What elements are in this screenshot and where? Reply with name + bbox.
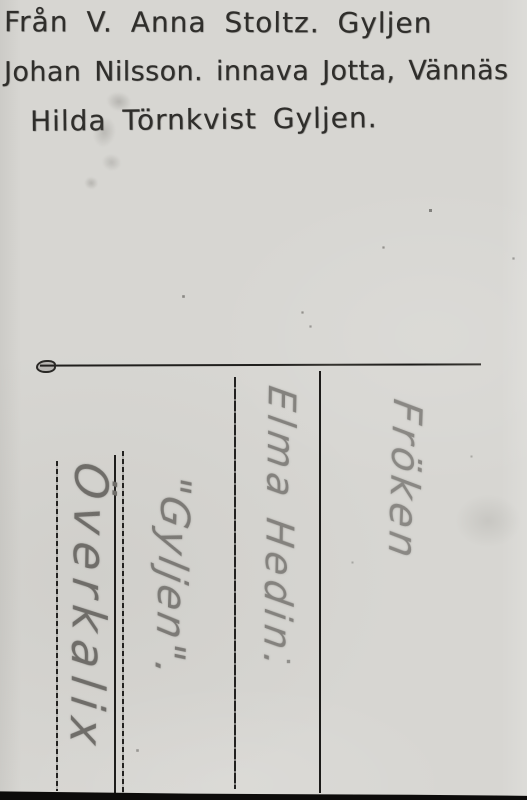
photo-back-scan: Från V. Anna Stoltz. Gyljen Johan Nilsso…	[0, 0, 527, 800]
vertical-rule-double-dashed	[122, 451, 124, 796]
scan-edge-shadow	[0, 789, 527, 800]
vertical-rule-dashed-left	[56, 461, 58, 791]
address-line-name: Elma Hedin.	[255, 383, 304, 675]
horizontal-rule-start-mark	[36, 360, 56, 373]
inscription-line-1: Från V. Anna Stoltz. Gyljen	[4, 5, 432, 39]
fingerprint-smudge	[56, 71, 158, 207]
vertical-rule-middle	[234, 377, 236, 789]
paper-stain	[452, 492, 524, 550]
horizontal-rule	[40, 363, 481, 366]
address-line-parish: Överkalix	[59, 459, 118, 756]
vertical-rule-right	[319, 371, 321, 793]
dust-specks	[0, 0, 1, 1]
address-line-title: Fröken	[379, 396, 430, 565]
address-line-village: "Gyljen".	[145, 470, 198, 683]
